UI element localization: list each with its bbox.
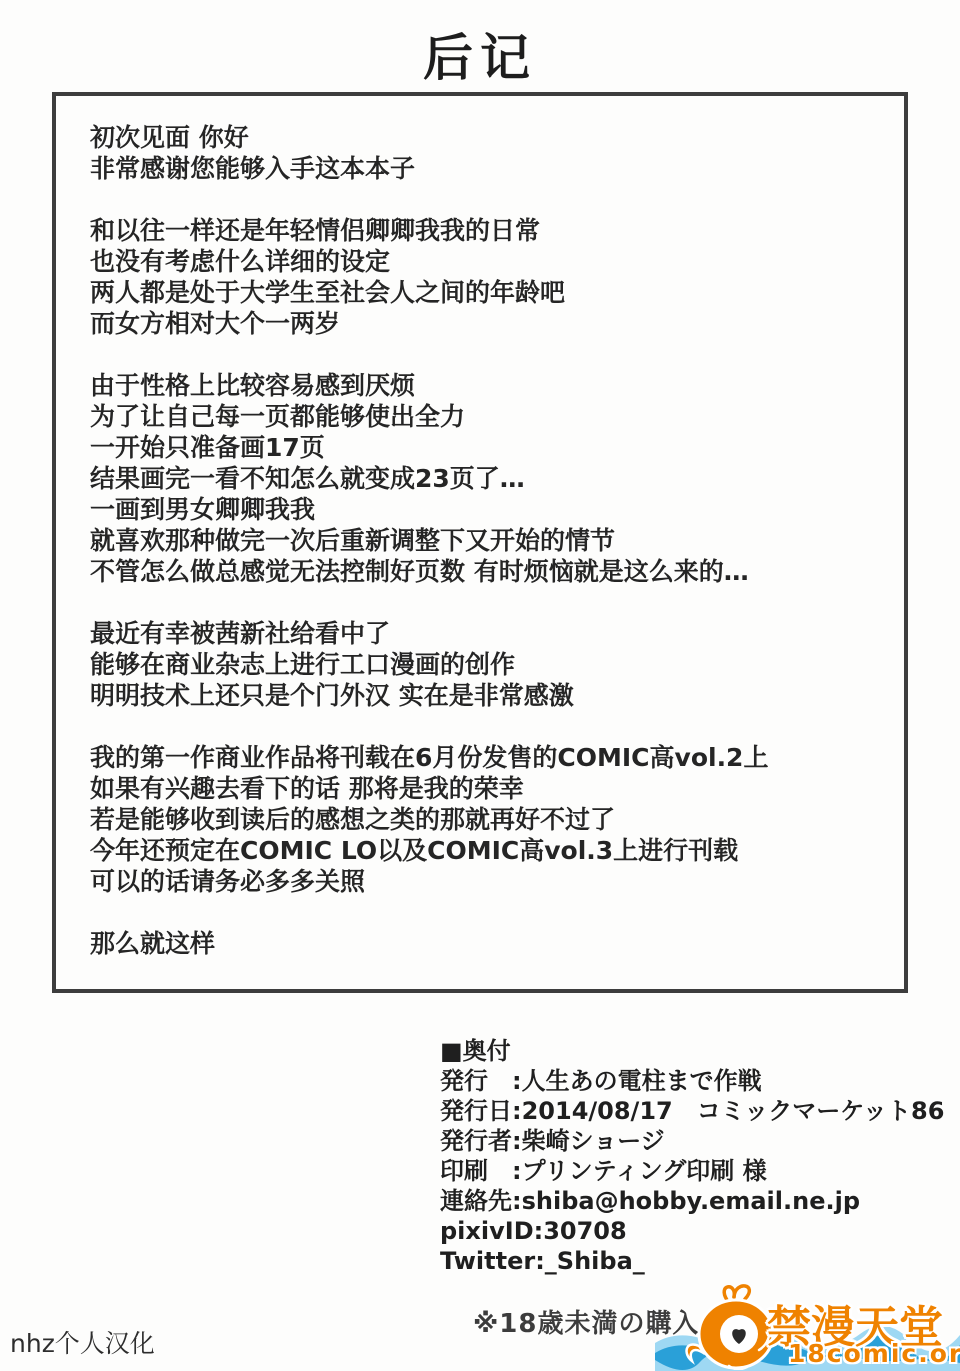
watermark-site-url: 18comic.org [788,1339,960,1368]
text-line: 能够在商业杂志上进行工口漫画的创作 [90,649,890,680]
paragraph: 最近有幸被茜新社给看中了能够在商业杂志上进行工口漫画的创作明明技术上还只是个门外… [90,618,890,711]
paragraph: 和以往一样还是年轻情侣卿卿我我的日常也没有考虑什么详细的设定两人都是处于大学生至… [90,215,890,339]
text-line: 若是能够收到读后的感想之类的那就再好不过了 [90,804,890,835]
text-line: 可以的话请务必多多关照 [90,866,890,897]
text-line: 也没有考虑什么详细的设定 [90,246,890,277]
colophon: ■奥付 発行 :人生あの電柱まで作戦発行日:2014/08/17 コミックマーケ… [440,1036,944,1276]
colophon-line: 発行日:2014/08/17 コミックマーケット86 [440,1096,944,1126]
text-line: 结果画完一看不知怎么就变成23页了… [90,463,890,494]
text-line: 两人都是处于大学生至社会人之间的年龄吧 [90,277,890,308]
text-line: 我的第一作商业作品将刊载在6月份发售的COMIC高vol.2上 [90,742,890,773]
afterword-box: 初次见面 你好非常感谢您能够入手这本本子和以往一样还是年轻情侣卿卿我我的日常也没… [52,92,908,993]
colophon-heading: ■奥付 [440,1036,944,1066]
colophon-lines: 発行 :人生あの電柱まで作戦発行日:2014/08/17 コミックマーケット86… [440,1066,944,1276]
text-line: 今年还预定在COMIC LO以及COMIC高vol.3上进行刊载 [90,835,890,866]
text-line: 和以往一样还是年轻情侣卿卿我我的日常 [90,215,890,246]
paragraph: 初次见面 你好非常感谢您能够入手这本本子 [90,122,890,184]
text-line: 那么就这样 [90,928,890,959]
text-line: 由于性格上比较容易感到厌烦 [90,370,890,401]
watermark: 禁漫天堂 18comic.org [655,1276,960,1371]
text-line: 为了让自己每一页都能够使出全力 [90,401,890,432]
text-line: 初次见面 你好 [90,122,890,153]
text-line: 最近有幸被茜新社给看中了 [90,618,890,649]
text-line: 就喜欢那种做完一次后重新调整下又开始的情节 [90,525,890,556]
page-title: 后记 [0,18,960,90]
translator-credit: nhz个人汉化 [10,1324,155,1360]
colophon-line: Twitter:_Shiba_ [440,1246,944,1276]
text-line: 不管怎么做总感觉无法控制好页数 有时烦恼就是这么来的… [90,556,890,587]
text-line: 一开始只准备画17页 [90,432,890,463]
colophon-line: 印刷 :プリンティング印刷 様 [440,1156,944,1186]
colophon-line: 発行 :人生あの電柱まで作戦 [440,1066,944,1096]
colophon-line: 連絡先:shiba@hobby.email.ne.jp [440,1186,944,1216]
paragraph: 由于性格上比较容易感到厌烦为了让自己每一页都能够使出全力一开始只准备画17页结果… [90,370,890,587]
text-line: 如果有兴趣去看下的话 那将是我的荣幸 [90,773,890,804]
colophon-line: 発行者:柴崎ショージ [440,1126,944,1156]
paragraph: 那么就这样 [90,928,890,959]
text-line: 非常感谢您能够入手这本本子 [90,153,890,184]
paragraph: 我的第一作商业作品将刊载在6月份发售的COMIC高vol.2上如果有兴趣去看下的… [90,742,890,897]
text-line: 而女方相对大个一两岁 [90,308,890,339]
afterword-text: 初次见面 你好非常感谢您能够入手这本本子和以往一样还是年轻情侣卿卿我我的日常也没… [90,122,890,959]
colophon-line: pixivID:30708 [440,1216,944,1246]
text-line: 明明技术上还只是个门外汉 实在是非常感激 [90,680,890,711]
afterword-page: 后记 初次见面 你好非常感谢您能够入手这本本子和以往一样还是年轻情侣卿卿我我的日… [0,0,960,1371]
text-line: 一画到男女卿卿我我 [90,494,890,525]
